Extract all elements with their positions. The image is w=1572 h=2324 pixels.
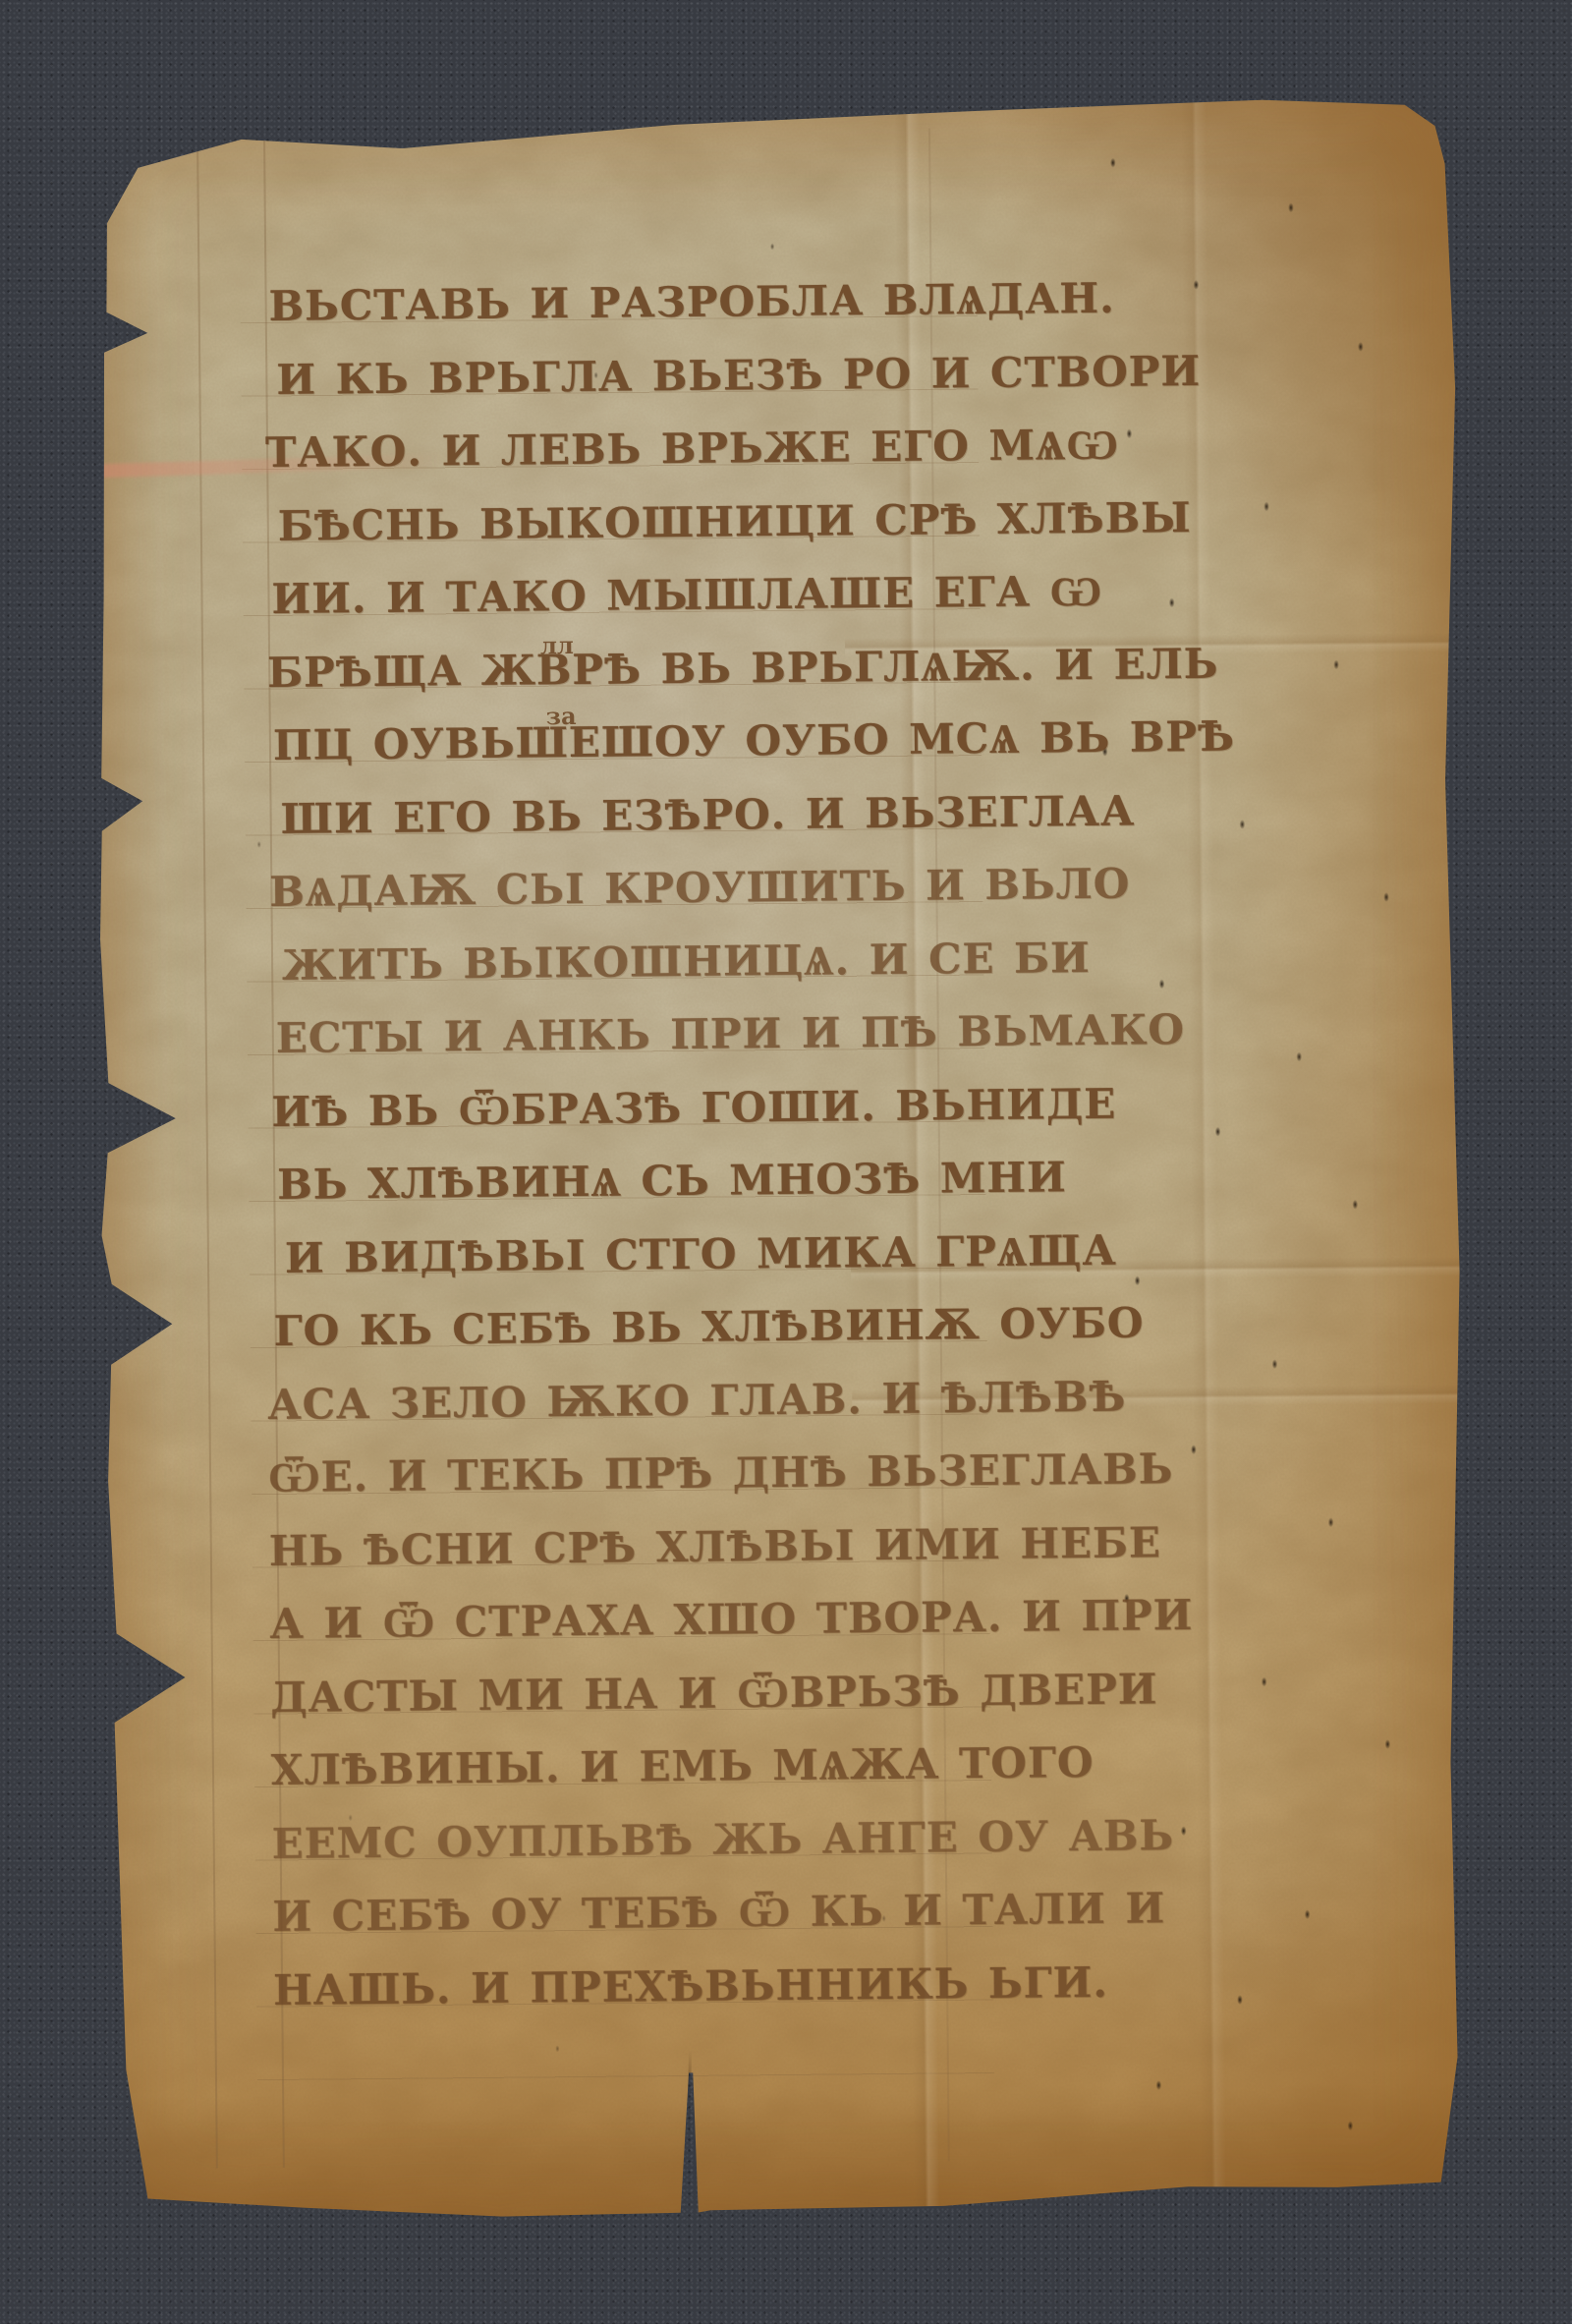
- text-line: ВѦДАѬ СЬІ КРОУШИТЬ И ВЬЛО: [269, 846, 1243, 929]
- text-line: ИѢ ВЬ ѾБРАЗѢ ГОШИ. ВЬНИДЕ: [271, 1066, 1245, 1149]
- manuscript-text: ВЬСТАВЬ И РАЗРОБЛА ВЛѦДАН. И КЬ ВРЬГЛА В…: [268, 260, 1258, 2026]
- text-line: ПЦ ОУВЬШЕШОУ ОУБО МСѦ ВЬ ВРѢ: [273, 700, 1247, 782]
- superscript-gloss: за: [546, 702, 577, 730]
- text-line: ДАСТЫ МИ НА И ѾВРЬЗѢ ДВЕРИ: [270, 1652, 1244, 1734]
- text-line: НАШЬ. И ПРЕХѢВЬННИКЬ ЬГИ.: [273, 1945, 1247, 2027]
- text-line: И КЬ ВРЬГЛА ВЬЕЗѢ РО И СТВОРИ: [276, 334, 1250, 417]
- text-line: ТАКО. И ЛЕВЬ ВРЬЖЕ ЕГО МѦѠ: [265, 408, 1239, 490]
- photo-background: ВЬСТАВЬ И РАЗРОБЛА ВЛѦДАН. И КЬ ВРЬГЛА В…: [0, 0, 1572, 2324]
- parchment-page: ВЬСТАВЬ И РАЗРОБЛА ВЛѦДАН. И КЬ ВРЬГЛА В…: [88, 91, 1475, 2222]
- text-line: ЕЕМС ОУПЛЬВѢ ЖЬ АНГЕ ОУ АВЬ: [271, 1798, 1245, 1881]
- text-line: ЖИТЬ ВЬІКОШНИЦѦ. И СЕ БИ: [282, 920, 1256, 1002]
- text-line: А И Ѿ СТРАХА ХШО ТВОРА. И ПРИ: [269, 1579, 1243, 1662]
- text-line: ГО КЬ СЕБѢ ВЬ ХЛѢВИНѪ ОУБО: [273, 1285, 1247, 1368]
- text-line: ШИ ЕГО ВЬ ЕЗѢРО. И ВЬЗЕГЛАА: [280, 773, 1254, 856]
- text-line: ЕСТЫ И АНКЬ ПРИ И ПѢ ВЬМАКО: [275, 992, 1249, 1075]
- text-line: И ВИДѢВЬІ СТГО МИКА ГРѦЩА: [285, 1213, 1259, 1295]
- text-line: ВЬ ХЛѢВИНѦ СЬ МНОЗѢ МНИ: [277, 1139, 1251, 1221]
- text-line: И СЕБѢ ОУ ТЕБѢ Ѿ КЬ И ТАЛИ И: [272, 1872, 1246, 1955]
- text-line: ВЬСТАВЬ И РАЗРОБЛА ВЛѦДАН.: [268, 260, 1242, 343]
- text-line: ХЛѢВИНЫ. И ЕМЬ МѦЖА ТОГО: [271, 1726, 1245, 1808]
- superscript-gloss: лл: [540, 631, 574, 659]
- text-line: АСА ЗЕЛО ѬКО ГЛАВ. И ѢЛѢВѢ: [267, 1359, 1241, 1442]
- text-line: ИИ. И ТАКО МЫШЛАШЕ ЕГА Ѡ: [271, 553, 1245, 636]
- text-line: ѾЕ. И ТЕКЬ ПРѢ ДНѢ ВЬЗЕГЛАВЬ: [268, 1433, 1242, 1515]
- text-line: БѢСНЬ ВЫКОШНИЦИ СРѢ ХЛѢВЫ: [277, 481, 1251, 563]
- text-line: БРѢЩА ЖВРѢ ВЬ ВРЬГЛѦѬ. И ЕЛЬ: [267, 627, 1241, 709]
- text-line: НЬ ѢСНИ СРѢ ХЛѢВЬІ ИМИ НЕБЕ: [268, 1505, 1242, 1588]
